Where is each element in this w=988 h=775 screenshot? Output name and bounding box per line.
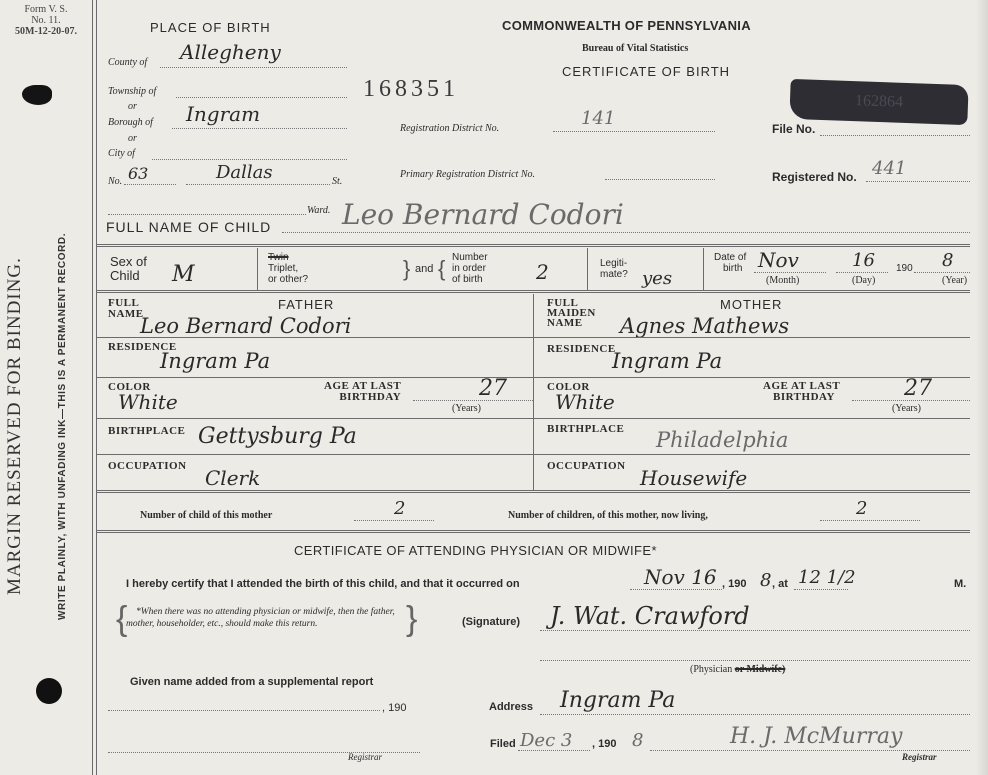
full-name-child-value: Leo Bernard Codori: [342, 198, 624, 231]
order-label-line1: Number: [452, 252, 488, 263]
child-number-value: 2: [394, 498, 405, 519]
physician-heading: CERTIFICATE OF ATTENDING PHYSICIAN OR MI…: [294, 543, 657, 558]
meridian-label: M.: [954, 578, 966, 590]
mother-birthplace-label: BIRTHPLACE: [547, 423, 624, 435]
children-living-label: Number of children, of this mother, now …: [508, 510, 708, 521]
father-residence-value[interactable]: Ingram Pa: [160, 349, 270, 373]
order-value[interactable]: 2: [536, 260, 549, 284]
punch-hole-top-icon: [22, 85, 52, 105]
file-no-label: File No.: [772, 122, 815, 136]
mother-color-value[interactable]: White: [555, 390, 615, 414]
registered-no-label: Registered No.: [772, 170, 857, 184]
mother-age-field[interactable]: 27: [852, 388, 970, 401]
township-label: Township of: [108, 86, 156, 97]
father-years-caption: (Years): [452, 403, 481, 414]
file-no-field[interactable]: [820, 124, 970, 136]
registrar-signature-value: H. J. McMurray: [730, 724, 902, 749]
dob-month-value: Nov: [758, 248, 799, 272]
father-age-field[interactable]: 27: [413, 388, 533, 401]
or-label-1: or: [128, 101, 137, 112]
file-number-value: 162864: [855, 92, 904, 111]
mother-name-label: FULL MAIDEN NAME: [547, 298, 596, 328]
order-label: Number in order of birth: [452, 252, 488, 285]
sex-label-line2: Child: [110, 269, 147, 283]
brace-right-icon: {: [438, 256, 445, 282]
dob-month-field[interactable]: Nov: [754, 258, 826, 273]
mother-occupation-label: OCCUPATION: [547, 460, 626, 472]
occurred-date-field[interactable]: Nov 16: [630, 577, 722, 590]
mother-years-caption: (Years): [892, 403, 921, 414]
rule: [533, 454, 970, 455]
paper-edge: [976, 0, 988, 775]
mother-name-label-line: NAME: [547, 318, 596, 328]
registrar-caption: Registrar: [902, 752, 937, 762]
legit-label-line1: Legiti-: [600, 258, 628, 269]
or-label-2: or: [128, 133, 137, 144]
rule: [533, 337, 970, 338]
note-brace-right-icon: }: [406, 602, 417, 636]
physician-caption: (Physician or Midwife): [690, 664, 785, 675]
father-name-label-line: NAME: [108, 309, 144, 320]
sex-of-child-label: Sex of Child: [110, 255, 147, 283]
dob-day-value: 16: [852, 250, 875, 271]
form-id-line1: Form V. S.: [6, 4, 86, 15]
physician-caption-text: (Physician: [690, 664, 732, 675]
registered-no-field[interactable]: 441: [866, 168, 970, 182]
and-label: and: [415, 263, 433, 275]
twin-struck: Twin: [268, 252, 308, 263]
children-living-value: 2: [856, 498, 867, 519]
mother-name-value[interactable]: Agnes Mathews: [620, 314, 789, 338]
sex-label-line1: Sex of: [110, 255, 147, 269]
twin-triplet-label: Twin Triplet, or other?: [268, 252, 308, 285]
birth-time-value: 12 1/2: [798, 567, 856, 588]
child-number-field[interactable]: 2: [354, 508, 434, 521]
father-age-value: 27: [479, 376, 507, 401]
father-birthplace-value[interactable]: Gettysburg Pa: [198, 424, 357, 449]
legitimate-value[interactable]: yes: [642, 268, 672, 289]
dob-year-value: 8: [942, 250, 953, 271]
father-name-value[interactable]: Leo Bernard Codori: [140, 314, 351, 338]
registration-district-field[interactable]: 141: [553, 118, 715, 132]
primary-district-label: Primary Registration District No.: [400, 169, 535, 180]
dob-day-field[interactable]: 16: [836, 258, 888, 273]
township-field[interactable]: [176, 85, 347, 98]
form-id: Form V. S. No. 11. 50M-12-20-07.: [6, 4, 86, 37]
father-birthplace-label: BIRTHPLACE: [108, 425, 185, 437]
signature-line-2[interactable]: [540, 650, 970, 661]
month-caption: (Month): [766, 275, 799, 286]
address-label: Address: [489, 701, 533, 713]
address-value: Ingram Pa: [560, 688, 675, 713]
registration-district-label: Registration District No.: [400, 123, 499, 134]
mother-age-label-line2: BIRTHDAY: [763, 392, 840, 403]
father-name-label: FULL NAME: [108, 298, 144, 320]
bureau-heading: Bureau of Vital Statistics: [582, 43, 688, 54]
birth-time-field[interactable]: 12 1/2: [794, 577, 848, 590]
st-label: St.: [332, 176, 342, 187]
street-no-label: No.: [108, 176, 122, 187]
dob-label-line2: birth: [714, 263, 746, 274]
full-name-child-label: FULL NAME OF CHILD: [106, 219, 271, 235]
street-value: Dallas: [216, 162, 273, 183]
filed-year-prefix: , 190: [592, 738, 616, 750]
father-occupation-value[interactable]: Clerk: [205, 466, 260, 490]
city-label: City of: [108, 148, 135, 159]
signature-field[interactable]: J. Wat. Crawford: [540, 618, 970, 631]
mother-occupation-value[interactable]: Housewife: [640, 466, 747, 490]
margin-rule: [92, 0, 93, 775]
filed-date-field[interactable]: Dec 3: [518, 738, 590, 751]
midwife-struck-text: or Midwife): [735, 664, 786, 675]
mother-residence-label: RESIDENCE: [547, 343, 616, 355]
rule-children-top: [96, 490, 970, 493]
borough-label: Borough of: [108, 117, 153, 128]
mother-age-value: 27: [904, 376, 932, 401]
order-label-line3: of birth: [452, 274, 488, 285]
ward-field[interactable]: [108, 206, 306, 215]
supplemental-report-label: Given name added from a supplemental rep…: [130, 676, 373, 688]
supplemental-name-field[interactable]: [108, 700, 380, 711]
primary-district-field[interactable]: [605, 168, 715, 180]
place-of-birth-heading: PLACE OF BIRTH: [150, 20, 271, 35]
occurred-year-prefix: , 190: [722, 578, 746, 590]
full-name-child-field[interactable]: Leo Bernard Codori: [282, 220, 970, 233]
legitimate-label: Legiti- mate?: [600, 258, 628, 280]
punch-hole-bottom-icon: [36, 678, 62, 704]
date-of-birth-label: Date of birth: [714, 252, 746, 274]
certify-text: I hereby certify that I attended the bir…: [126, 578, 520, 590]
supplemental-registrar-caption: Registrar: [348, 752, 382, 762]
rule: [96, 418, 533, 419]
dob-year-field[interactable]: 8: [914, 258, 970, 273]
rule-parents-top: [96, 290, 970, 293]
street-no-value: 63: [128, 164, 148, 183]
supplemental-year-prefix: , 190: [382, 702, 406, 714]
signature-value: J. Wat. Crawford: [550, 602, 750, 630]
borough-field[interactable]: Ingram: [172, 112, 347, 129]
rule: [96, 454, 533, 455]
county-label: County of: [108, 57, 147, 68]
registration-district-value: 141: [581, 108, 615, 129]
stamp-number: 168351: [363, 76, 459, 103]
father-heading: FATHER: [278, 297, 334, 312]
rule-child-top: [96, 244, 970, 247]
rule: [533, 418, 970, 419]
other-label: or other?: [268, 274, 308, 285]
brace-left-icon: }: [403, 256, 410, 282]
children-living-field[interactable]: 2: [820, 508, 920, 521]
filed-date-value: Dec 3: [520, 730, 572, 751]
street-field[interactable]: Dallas: [186, 168, 330, 185]
mother-heading: MOTHER: [720, 297, 782, 312]
order-label-line2: in order: [452, 263, 488, 274]
occurred-date-value: Nov 16: [644, 565, 717, 589]
father-age-label: AGE AT LAST BIRTHDAY: [324, 381, 401, 403]
occurred-year-value[interactable]: 8: [760, 570, 771, 591]
filed-year-value[interactable]: 8: [632, 730, 643, 751]
divider: [257, 248, 258, 290]
at-label: , at: [772, 578, 788, 590]
child-number-label: Number of child of this mother: [140, 510, 272, 521]
dob-year-prefix: 190: [896, 263, 913, 274]
signature-label: (Signature): [462, 616, 520, 628]
registrar-field[interactable]: H. J. McMurray: [650, 740, 970, 751]
note-text: *When there was no attending physician o…: [126, 606, 406, 630]
rule: [96, 377, 533, 378]
day-caption: (Day): [852, 275, 875, 286]
dob-label-line1: Date of: [714, 252, 746, 263]
binding-margin-text: MARGIN RESERVED FOR BINDING.: [4, 257, 26, 595]
rule: [96, 337, 533, 338]
city-field[interactable]: [152, 147, 347, 160]
borough-value: Ingram: [186, 102, 260, 126]
street-no-field[interactable]: 63: [124, 168, 176, 185]
county-value: Allegheny: [180, 40, 281, 64]
ward-label: Ward.: [307, 205, 330, 216]
year-caption: (Year): [942, 275, 967, 286]
legit-label-line2: mate?: [600, 269, 628, 280]
father-occupation-label: OCCUPATION: [108, 460, 187, 472]
mother-residence-value[interactable]: Ingram Pa: [612, 349, 722, 373]
margin-rule-2: [96, 0, 97, 775]
father-color-value[interactable]: White: [118, 390, 178, 414]
filed-label: Filed: [490, 738, 516, 750]
county-field[interactable]: Allegheny: [160, 50, 347, 68]
rule-physician-top: [96, 530, 970, 533]
parents-divider: [533, 294, 534, 491]
mother-birthplace-value[interactable]: Philadelphia: [656, 428, 788, 452]
form-id-line2: No. 11.: [6, 15, 86, 26]
certificate-heading: CERTIFICATE OF BIRTH: [562, 64, 730, 79]
divider: [703, 248, 704, 290]
mother-age-label: AGE AT LAST BIRTHDAY: [763, 381, 840, 403]
commonwealth-heading: COMMONWEALTH OF PENNSYLVANIA: [502, 18, 751, 33]
address-field[interactable]: Ingram Pa: [540, 704, 970, 715]
permanent-record-instruction: WRITE PLAINLY, WITH UNFADING INK—THIS IS…: [57, 233, 68, 620]
triplet-label: Triplet,: [268, 263, 308, 274]
father-age-label-line2: BIRTHDAY: [324, 392, 401, 403]
file-number-stamp: 162864: [789, 79, 968, 125]
divider: [587, 248, 588, 290]
sex-value[interactable]: M: [172, 262, 195, 287]
form-id-line3: 50M-12-20-07.: [6, 26, 86, 37]
registered-no-value: 441: [872, 158, 906, 179]
